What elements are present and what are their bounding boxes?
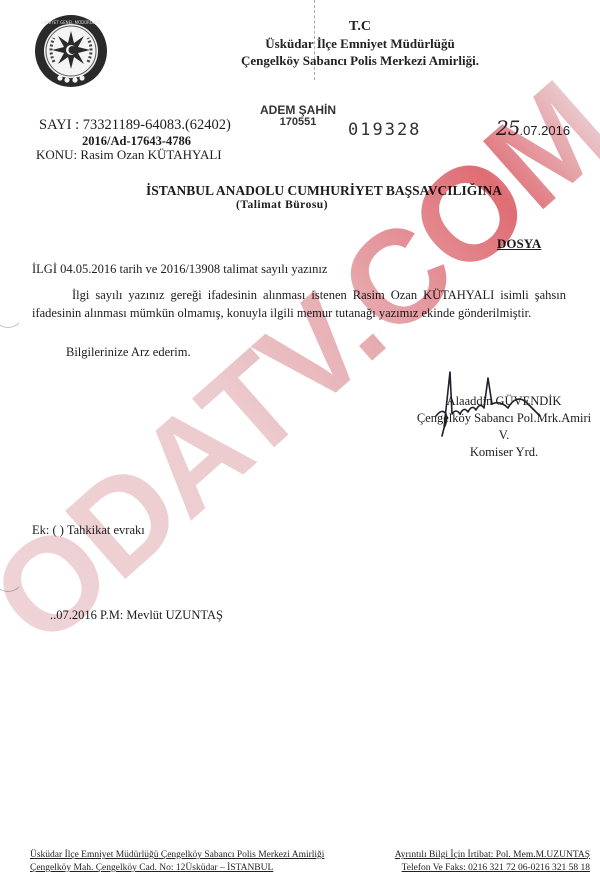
registry-number: 019328 [348,120,421,140]
footer-address-line1: Üsküdar İlçe Emniyet Müdürlüğü Çengelköy… [30,849,324,862]
dosya-label: DOSYA [497,236,541,252]
document-footer: Üsküdar İlçe Emniyet Müdürlüğü Çengelköy… [30,849,590,875]
header-directorate: Üsküdar İlçe Emniyet Müdürlüğü [190,36,530,52]
sayi-line: SAYI : 73321189-64083.(62402) [39,117,231,134]
signatory-block: Alaaddin GÜVENDİK Çengelköy Sabancı Pol.… [414,393,594,461]
body-paragraph-text: İlgi sayılı yazınız gereği ifadesinin al… [32,288,566,320]
header-unit: Çengelköy Sabancı Polis Merkezi Amirliği… [190,53,530,69]
footer-contact-line2: Telefon Ve Faks: 0216 321 72 06-0216 321… [402,862,590,875]
konu-value: Rasim Ozan KÜTAHYALI [80,147,221,162]
header-state: T.C [190,19,530,35]
closing-line: Bilgilerinize Arz ederim. [66,345,191,360]
body-paragraph: İlgi sayılı yazınız gereği ifadesinin al… [32,286,566,322]
konu-line: KONU: Rasim Ozan KÜTAHYALI [36,147,222,163]
officer-stamp: ADEM ŞAHİN 170551 [260,104,336,128]
recipient-line1: İSTANBUL ANADOLU CUMHURİYET BAŞSAVCILIĞI… [146,183,502,199]
prepared-by-line: ..07.2016 P.M: Mevlüt UZUNTAŞ [50,608,223,623]
punch-hole-mark [0,296,24,328]
document-page: ODATV.COM EMNİYET GENEL MÜDÜRLÜĞÜ T.C Üs… [0,0,600,892]
document-content: EMNİYET GENEL MÜDÜRLÜĞÜ T.C Üsküdar İlçe… [0,0,600,892]
date-rest: .07.2016 [519,123,570,138]
punch-hole-mark [0,560,24,592]
footer-contact-line1: Ayrıntılı Bilgi İçin İrtibat: Pol. Mem.M… [395,849,590,862]
stamp-name: ADEM ŞAHİN [260,104,336,116]
attachment-line: Ek: ( ) Tahkikat evrakı [32,523,145,538]
svg-text:EMNİYET GENEL MÜDÜRLÜĞÜ: EMNİYET GENEL MÜDÜRLÜĞÜ [41,20,101,25]
signatory-title: Çengelköy Sabancı Pol.Mrk.Amiri V. [414,410,594,444]
document-date: 25.07.2016 [496,116,570,140]
sayi-value: 73321189-64083.(62402) [83,117,231,133]
sayi-label: SAYI : [39,117,79,133]
recipient-line2: (Talimat Bürosu) [236,199,328,211]
footer-address-line2: Çengelköy Mah. Çengelköy Cad. No: 12Üskü… [30,862,273,875]
signatory-name: Alaaddin GÜVENDİK [414,393,594,410]
signatory-rank: Komiser Yrd. [414,444,594,461]
police-emblem-icon: EMNİYET GENEL MÜDÜRLÜĞÜ [34,14,108,88]
stamp-id: 170551 [260,116,336,128]
konu-label: KONU: [36,147,77,162]
ilgi-line: İLGİ 04.05.2016 tarih ve 2016/13908 tali… [32,262,327,277]
date-day-handwritten: 25 [496,116,519,140]
